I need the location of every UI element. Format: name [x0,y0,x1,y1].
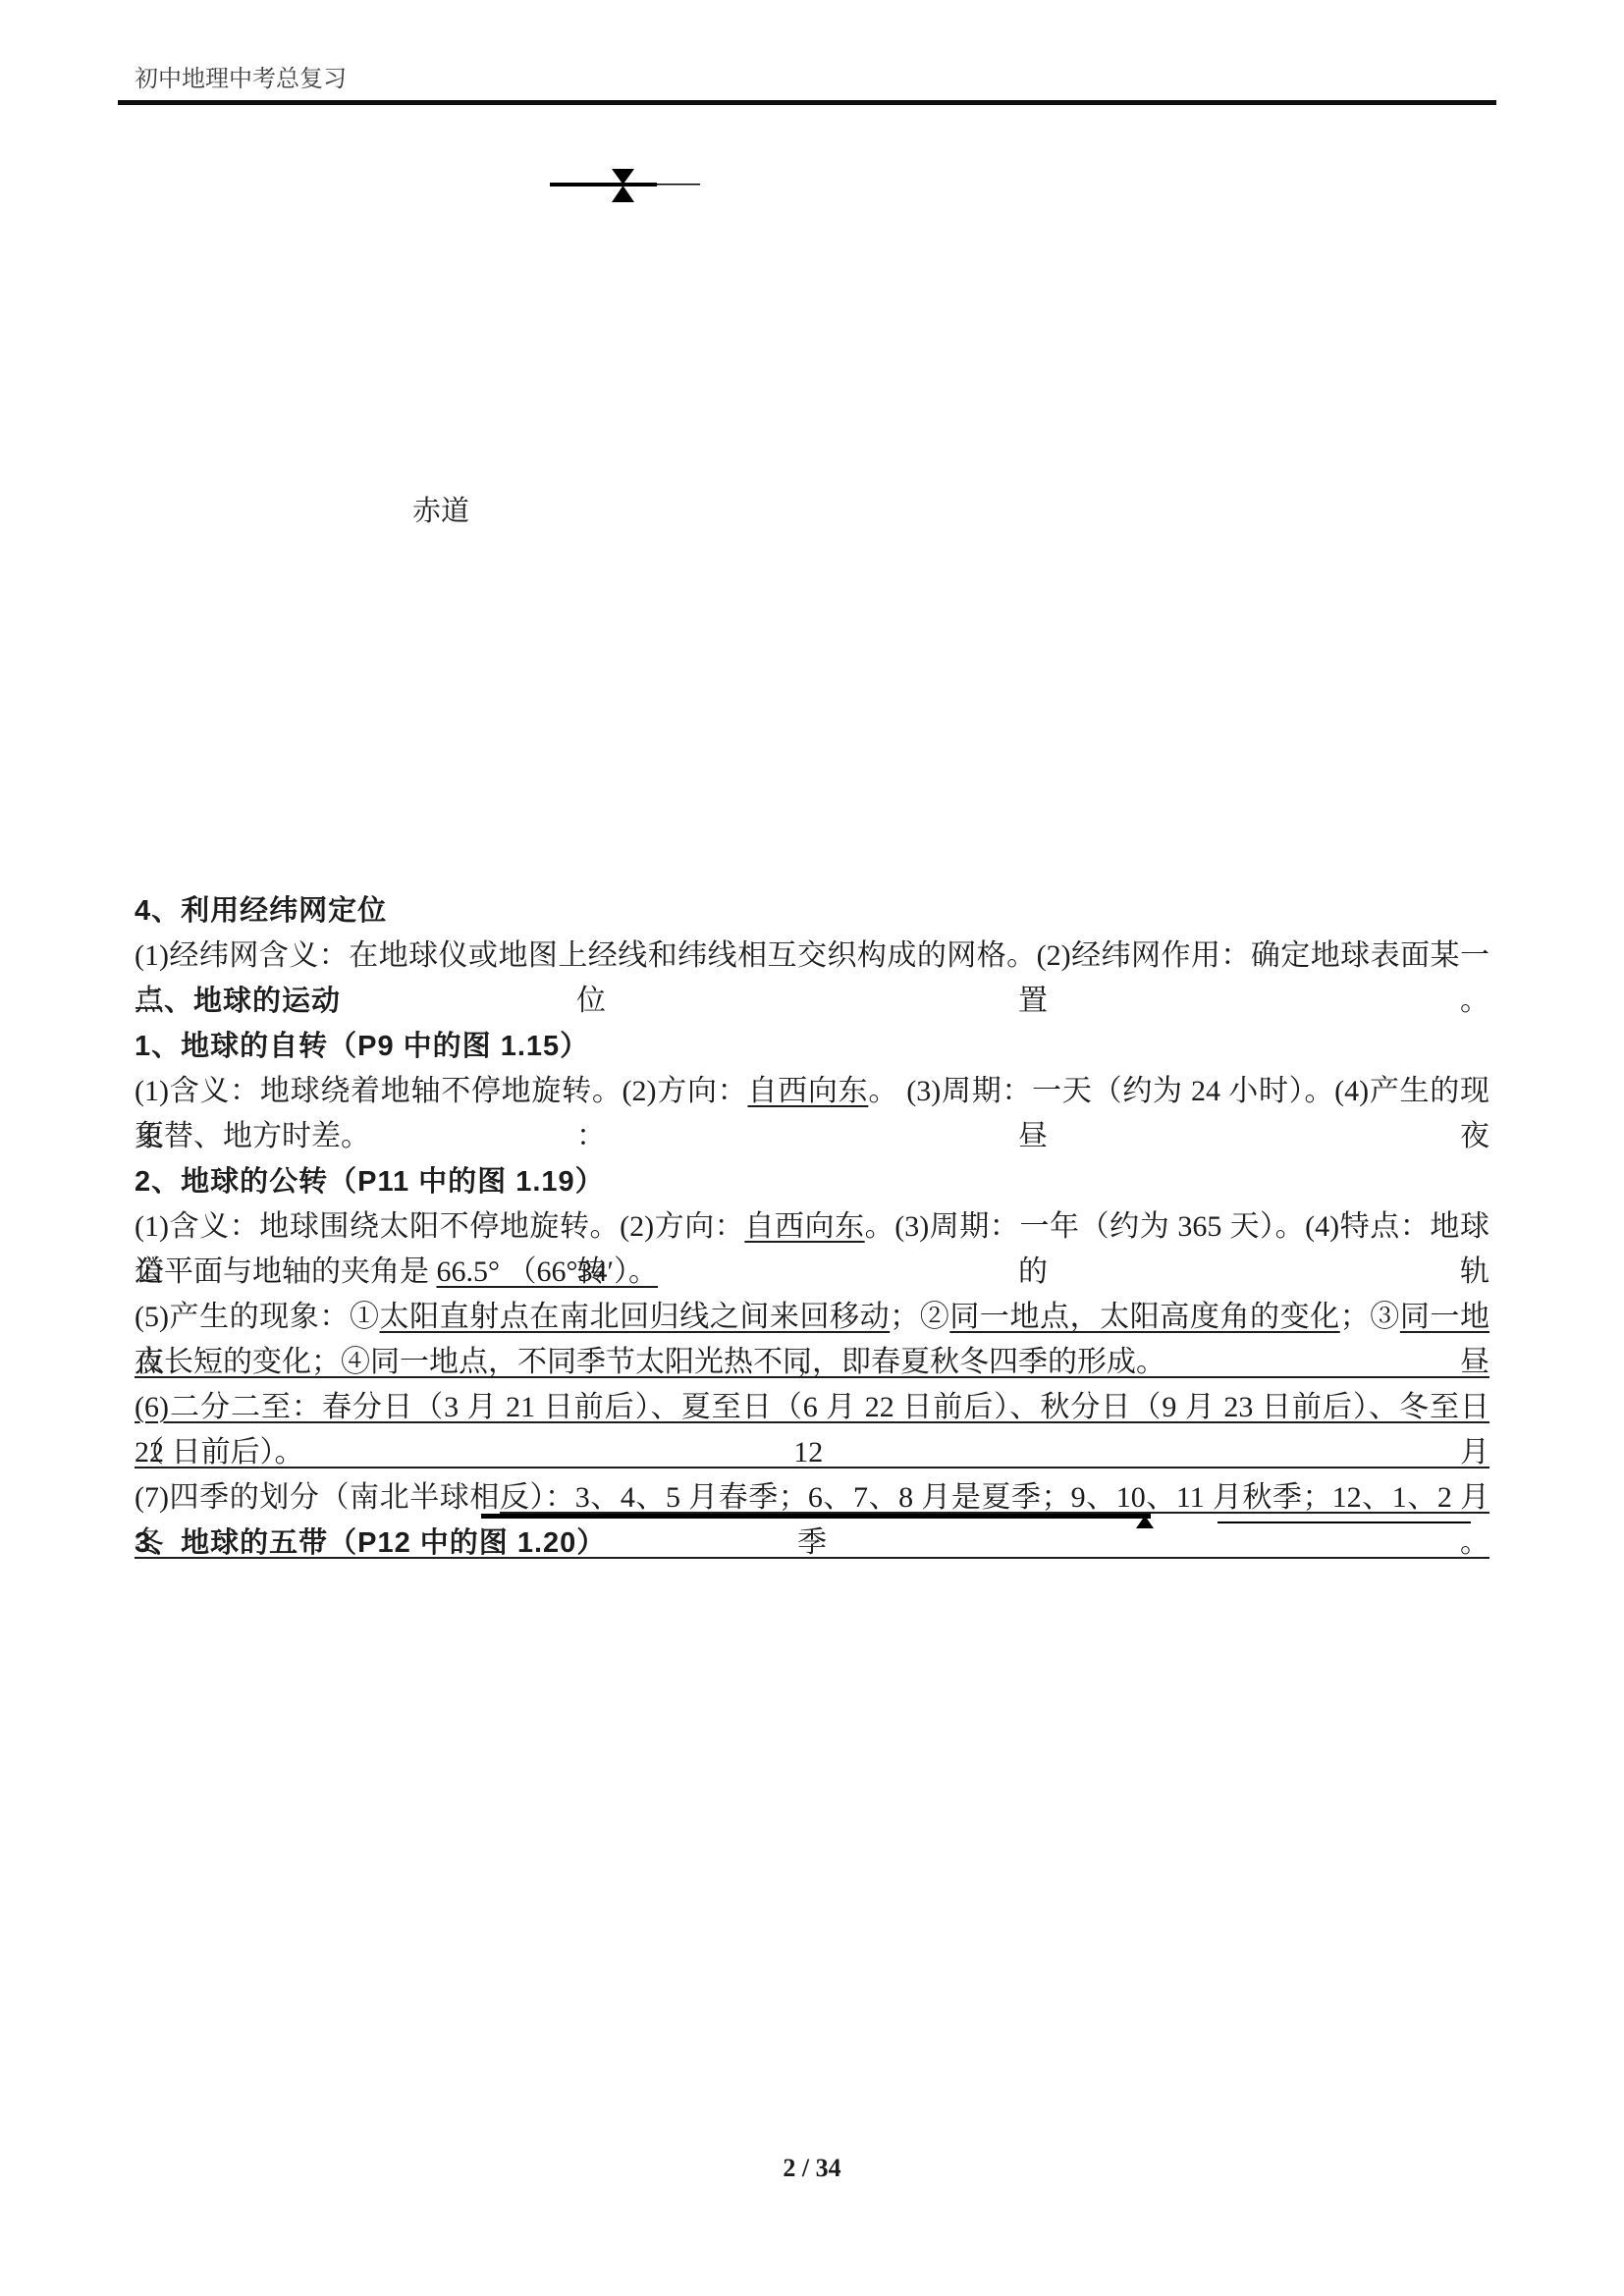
revolution-direction-underlined: 自西向东 [744,1210,864,1243]
header-rule [118,100,1496,105]
double-underline-mark [1218,1522,1471,1523]
phenomena-text: ；② [890,1301,949,1333]
phenomena-text: (5)产生的现象：① [135,1301,380,1333]
caret-insertion-mark-icon [1136,1516,1154,1528]
seasons-text: (7)四季的划分（南北半球相 [135,1481,500,1514]
hand-drawn-thick-line [481,1514,1151,1519]
solstice-underlined: 22 日前后） [135,1436,275,1468]
hourglass-top-icon [612,169,634,185]
revolution-text: 道平面与地轴的夹角是 [135,1255,437,1288]
rotation-heading: 1、地球的自转（P9 中的图 1.15） [135,1024,1489,1069]
revolution-phenomena-line-1: (5)产生的现象：①太阳直射点在南北回归线之间来回移动；②同一地点，太阳高度角的… [135,1295,1489,1340]
rotation-direction-underlined: 自西向东 [747,1075,868,1107]
equator-line-figure [545,167,702,206]
header-title: 初中地理中考总复习 [135,59,347,93]
equator-thin-line [656,184,700,186]
equator-thick-line [550,183,657,187]
revolution-text: (1)含义：地球围绕太阳不停地旋转。(2)方向： [135,1210,744,1243]
document-body: 4、利用经纬网定位 (1)经纬网含义：在地球仪或地图上经线和纬线相互交织构成的网… [135,888,1489,1566]
phenomenon-4-underlined: 夜长短的变化；④同一地点，不同季节太阳光热不同，即春夏秋冬四季的形成。 [135,1346,1165,1378]
solstice-underlined: (6)二分二至：春分日（3 月 21 日前后）、夏至日（6 月 22 日前后）、… [135,1391,1489,1468]
document-page: 初中地理中考总复习 赤道 4、利用经纬网定位 (1)经纬网含义：在地球仪或地图上… [0,0,1624,2296]
equator-label: 赤道 [412,489,469,529]
rotation-line-1: (1)含义：地球绕着地轴不停地旋转。(2)方向：自西向东。 (3)周期：一天（约… [135,1069,1489,1114]
revolution-heading: 2、地球的公转（P11 中的图 1.19） [135,1159,1489,1204]
rotation-text: (1)含义：地球绕着地轴不停地旋转。(2)方向： [135,1075,747,1107]
phenomenon-2-underlined: 同一地点，太阳高度角的变化 [949,1301,1339,1333]
solstice-text: 。 [275,1436,304,1468]
section-4-heading: 4、利用经纬网定位 [135,888,1489,934]
section-4-text: (1)经纬网含义：在地球仪或地图上经线和纬线相互交织构成的网格。(2)经纬网作用… [135,934,1489,979]
revolution-line-1: (1)含义：地球围绕太阳不停地旋转。(2)方向：自西向东。(3)周期：一年（约为… [135,1204,1489,1250]
hourglass-bottom-icon [612,186,634,202]
phenomenon-1-underlined: 太阳直射点在南北回归线之间来回移动 [380,1301,891,1333]
page-number: 2 / 34 [0,2154,1624,2183]
axis-angle-underlined: 66.5° （66°34′）。 [437,1255,659,1288]
solstice-equinox-line-1: (6)二分二至：春分日（3 月 21 日前后）、夏至日（6 月 22 日前后）、… [135,1385,1489,1430]
phenomena-text: ；③ [1340,1301,1400,1333]
